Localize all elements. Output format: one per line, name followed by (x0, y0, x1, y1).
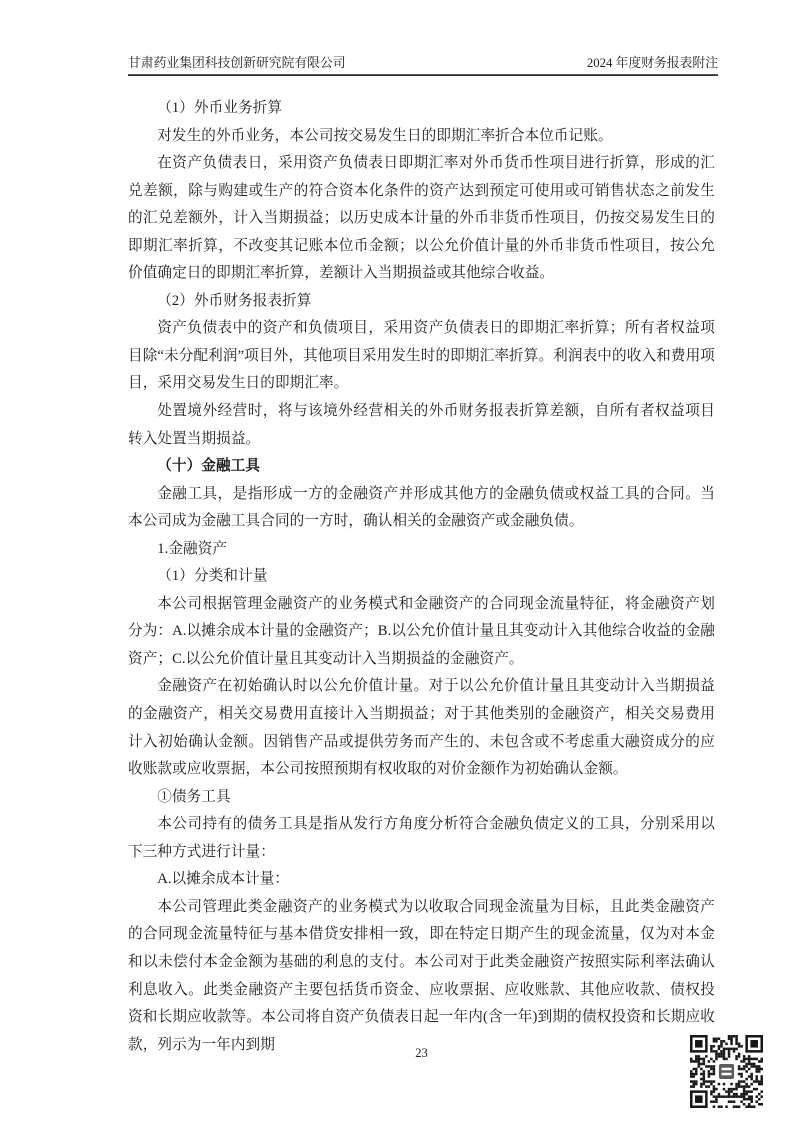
paragraph: 1.金融资产 (128, 536, 715, 564)
document-page: 甘肃药业集团科技创新研究院有限公司 2024 年度财务报表附注 （1）外币业务折… (0, 0, 794, 1123)
paragraph: （2）外币财务报表折算 (128, 288, 715, 316)
paragraph: （1）外币业务折算 (128, 95, 715, 123)
section-heading: （十）金融工具 (128, 453, 715, 481)
paragraph: 本公司管理此类金融资产的业务模式为以收取合同现金流量为目标，且此类金融资产的合同… (128, 894, 715, 1059)
paragraph: 资产负债表中的资产和负债项目，采用资产负债表日的即期汇率折算；所有者权益项目除“… (128, 315, 715, 398)
paragraph: 处置境外经营时，将与该境外经营相关的外币财务报表折算差额，自所有者权益项目转入处… (128, 398, 715, 453)
paragraph: 本公司持有的债务工具是指从发行方角度分析符合金融负债定义的工具，分别采用以下三种… (128, 811, 715, 866)
header-rule (128, 74, 718, 76)
paragraph: 对发生的外币业务，本公司按交易发生日的即期汇率折合本位币记账。 (128, 123, 715, 151)
paragraph: 金融资产在初始确认时以公允价值计量。对于以公允价值计量且其变动计入当期损益的金融… (128, 673, 715, 783)
page-number: 23 (128, 1046, 715, 1061)
paragraph: 金融工具，是指形成一方的金融资产并形成其他方的金融负债或权益工具的合同。当本公司… (128, 481, 715, 536)
header-doc-title: 2024 年度财务报表附注 (587, 55, 718, 71)
document-body: （1）外币业务折算对发生的外币业务，本公司按交易发生日的即期汇率折合本位币记账。… (128, 95, 715, 1059)
qr-code (690, 1035, 763, 1108)
paragraph: （1）分类和计量 (128, 563, 715, 591)
paragraph: 在资产负债表日，采用资产负债表日即期汇率对外币货币性项目进行折算，形成的汇兑差额… (128, 150, 715, 288)
page-header: 甘肃药业集团科技创新研究院有限公司 2024 年度财务报表附注 (128, 55, 718, 71)
paragraph: ①债务工具 (128, 784, 715, 812)
paragraph: A.以摊余成本计量： (128, 866, 715, 894)
header-company: 甘肃药业集团科技创新研究院有限公司 (128, 55, 346, 71)
paragraph: 本公司根据管理金融资产的业务模式和金融资产的合同现金流量特征，将金融资产划分为：… (128, 591, 715, 674)
